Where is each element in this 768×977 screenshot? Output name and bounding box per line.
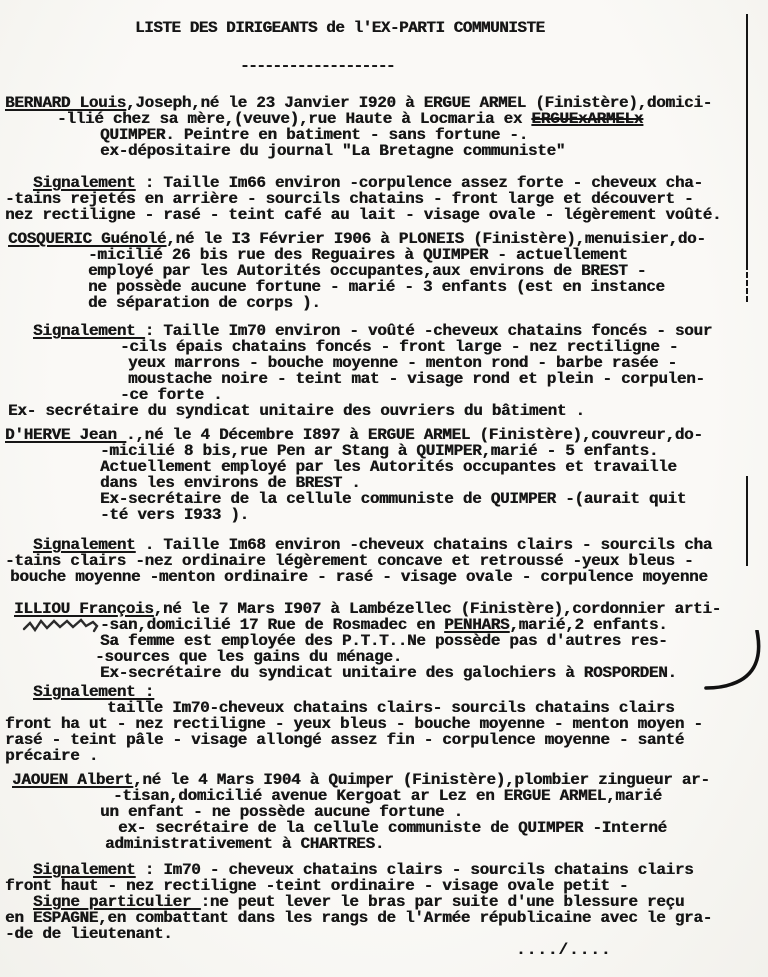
doc-line: -tisan,domicilié avenue Kergoat ar Lez e… bbox=[0, 788, 768, 804]
text-run: nez rectiligne - rasé - teint café au la… bbox=[5, 206, 721, 224]
doc-line: ex-dépositaire du journal "La Bretagne c… bbox=[0, 143, 768, 159]
doc-line: ILLIOU François,né le 7 Mars I907 à Lamb… bbox=[0, 601, 768, 617]
doc-line: COSQUERIC Guénolé,né le I3 Février I906 … bbox=[0, 231, 768, 247]
doc-line: -de de lieutenant. bbox=[0, 926, 768, 942]
doc-line: administrativement à CHARTRES. bbox=[0, 836, 768, 852]
doc-line: bouche moyenne -menton ordinaire - rasé … bbox=[0, 569, 768, 585]
doc-line: Signalement : Im70 - cheveux chatains cl… bbox=[0, 862, 768, 878]
doc-line: -micilié 8 bis,rue Pen ar Stang à QUIMPE… bbox=[0, 443, 768, 459]
scan-edge-line-dashed bbox=[746, 272, 748, 302]
doc-line: Actuellement employé par les Autorités o… bbox=[0, 459, 768, 475]
struck-text: ERGUExARMELx bbox=[531, 110, 643, 128]
doc-line: en ESPAGNE,en combattant dans les rangs … bbox=[0, 910, 768, 926]
doc-line: Sa femme est employée des P.T.T..Ne poss… bbox=[0, 633, 768, 649]
doc-line: -micilié 26 bis rue des Reguaires à QUIM… bbox=[0, 247, 768, 263]
doc-line: Signalement : bbox=[0, 684, 768, 700]
doc-line: -tains clairs -nez ordinaire légèrement … bbox=[0, 553, 768, 569]
doc-line: -sources que les gains du ménage. bbox=[0, 649, 768, 665]
doc-line: précaire . bbox=[0, 748, 768, 764]
doc-line: Signalement : Taille Im66 environ -corpu… bbox=[0, 175, 768, 191]
doc-line: taille Im70-cheveux chatains clairs- sou… bbox=[0, 700, 768, 716]
doc-line: JAOUEN Albert,né le 4 Mars I904 à Quimpe… bbox=[0, 772, 768, 788]
doc-line: de séparation de corps ). bbox=[0, 295, 768, 311]
doc-line: Signalement . Taille Im68 environ -cheve… bbox=[0, 537, 768, 553]
doc-line: ne possède aucune fortune - marié - 3 en… bbox=[0, 279, 768, 295]
doc-line: -llié chez sa mère,(veuve),rue Haute à L… bbox=[0, 111, 768, 127]
doc-line: Ex-secrétaire du syndicat unitaire des g… bbox=[0, 665, 768, 681]
text-run: bouche moyenne -menton ordinaire - rasé … bbox=[10, 568, 708, 586]
doc-line: BERNARD Louis,Joseph,né le 23 Janvier I9… bbox=[0, 95, 768, 111]
doc-line: -cils épais chatains foncés - front larg… bbox=[0, 339, 768, 355]
doc-line: nez rectiligne - rasé - teint café au la… bbox=[0, 207, 768, 223]
doc-line: moustache noire - teint mat - visage ron… bbox=[0, 371, 768, 387]
doc-line: dans les environs de BREST . bbox=[0, 475, 768, 491]
text-run: de séparation de corps ). bbox=[88, 294, 321, 312]
doc-line: -té vers I933 ). bbox=[0, 507, 768, 523]
continuation-mark: ..../.... bbox=[516, 942, 768, 958]
doc-line: Signe particulier :ne peut lever le bras… bbox=[0, 894, 768, 910]
doc-line: un enfant - ne possède aucune fortune . bbox=[0, 804, 768, 820]
text-run: ex-dépositaire du journal "La Bretagne c… bbox=[100, 142, 565, 160]
doc-line: D'HERVE Jean .,né le 4 Décembre I897 à E… bbox=[0, 427, 768, 443]
doc-line: Ex- secrétaire du syndicat unitaire des … bbox=[0, 403, 768, 419]
doc-line: Signalement : Taille Im70 environ - voût… bbox=[0, 323, 768, 339]
doc-line: employé par les Autorités occupantes,aux… bbox=[0, 263, 768, 279]
text-run: rasé - teint pâle - visage allongé assez… bbox=[5, 731, 684, 749]
title-divider: ------------------- bbox=[240, 58, 768, 74]
typewritten-document: LISTE DES DIRIGEANTS de l'EX-PARTI COMMU… bbox=[0, 0, 768, 958]
text-run: -té vers I933 ). bbox=[100, 506, 249, 524]
doc-line: rasé - teint pâle - visage allongé assez… bbox=[0, 732, 768, 748]
doc-line: front haut - nez rectiligne -teint ordin… bbox=[0, 878, 768, 894]
text-run: administrativement à CHARTRES. bbox=[105, 835, 384, 853]
doc-line: QUIMPER. Peintre en batiment - sans fort… bbox=[0, 127, 768, 143]
doc-line: ex- secrétaire de la cellule communiste … bbox=[0, 820, 768, 836]
text-run: Ex-secrétaire du syndicat unitaire des g… bbox=[100, 664, 677, 682]
doc-line: -ce forte . bbox=[0, 387, 768, 403]
doc-line: -tains rejetés en arrière - sourcils cha… bbox=[0, 191, 768, 207]
handwritten-scribble bbox=[22, 616, 104, 638]
page-title: LISTE DES DIRIGEANTS de l'EX-PARTI COMMU… bbox=[135, 20, 768, 36]
text-run: Ex- secrétaire du syndicat unitaire des … bbox=[8, 402, 585, 420]
pen-stroke-hook bbox=[698, 630, 764, 694]
doc-line: -san,domicilié 17 Rue de Rosmadec en PEN… bbox=[0, 617, 768, 633]
text-run: -de de lieutenant. bbox=[5, 925, 172, 943]
document-body: BERNARD Louis,Joseph,né le 23 Janvier I9… bbox=[0, 95, 768, 942]
doc-line: Ex-secrétaire de la cellule communiste d… bbox=[0, 491, 768, 507]
doc-line: yeux marrons - bouche moyenne - menton r… bbox=[0, 355, 768, 371]
scan-edge-line bbox=[746, 476, 748, 566]
doc-line: front ha ut - nez rectiligne - yeux bleu… bbox=[0, 716, 768, 732]
text-run: précaire . bbox=[5, 747, 98, 765]
scan-edge-line bbox=[746, 14, 748, 270]
